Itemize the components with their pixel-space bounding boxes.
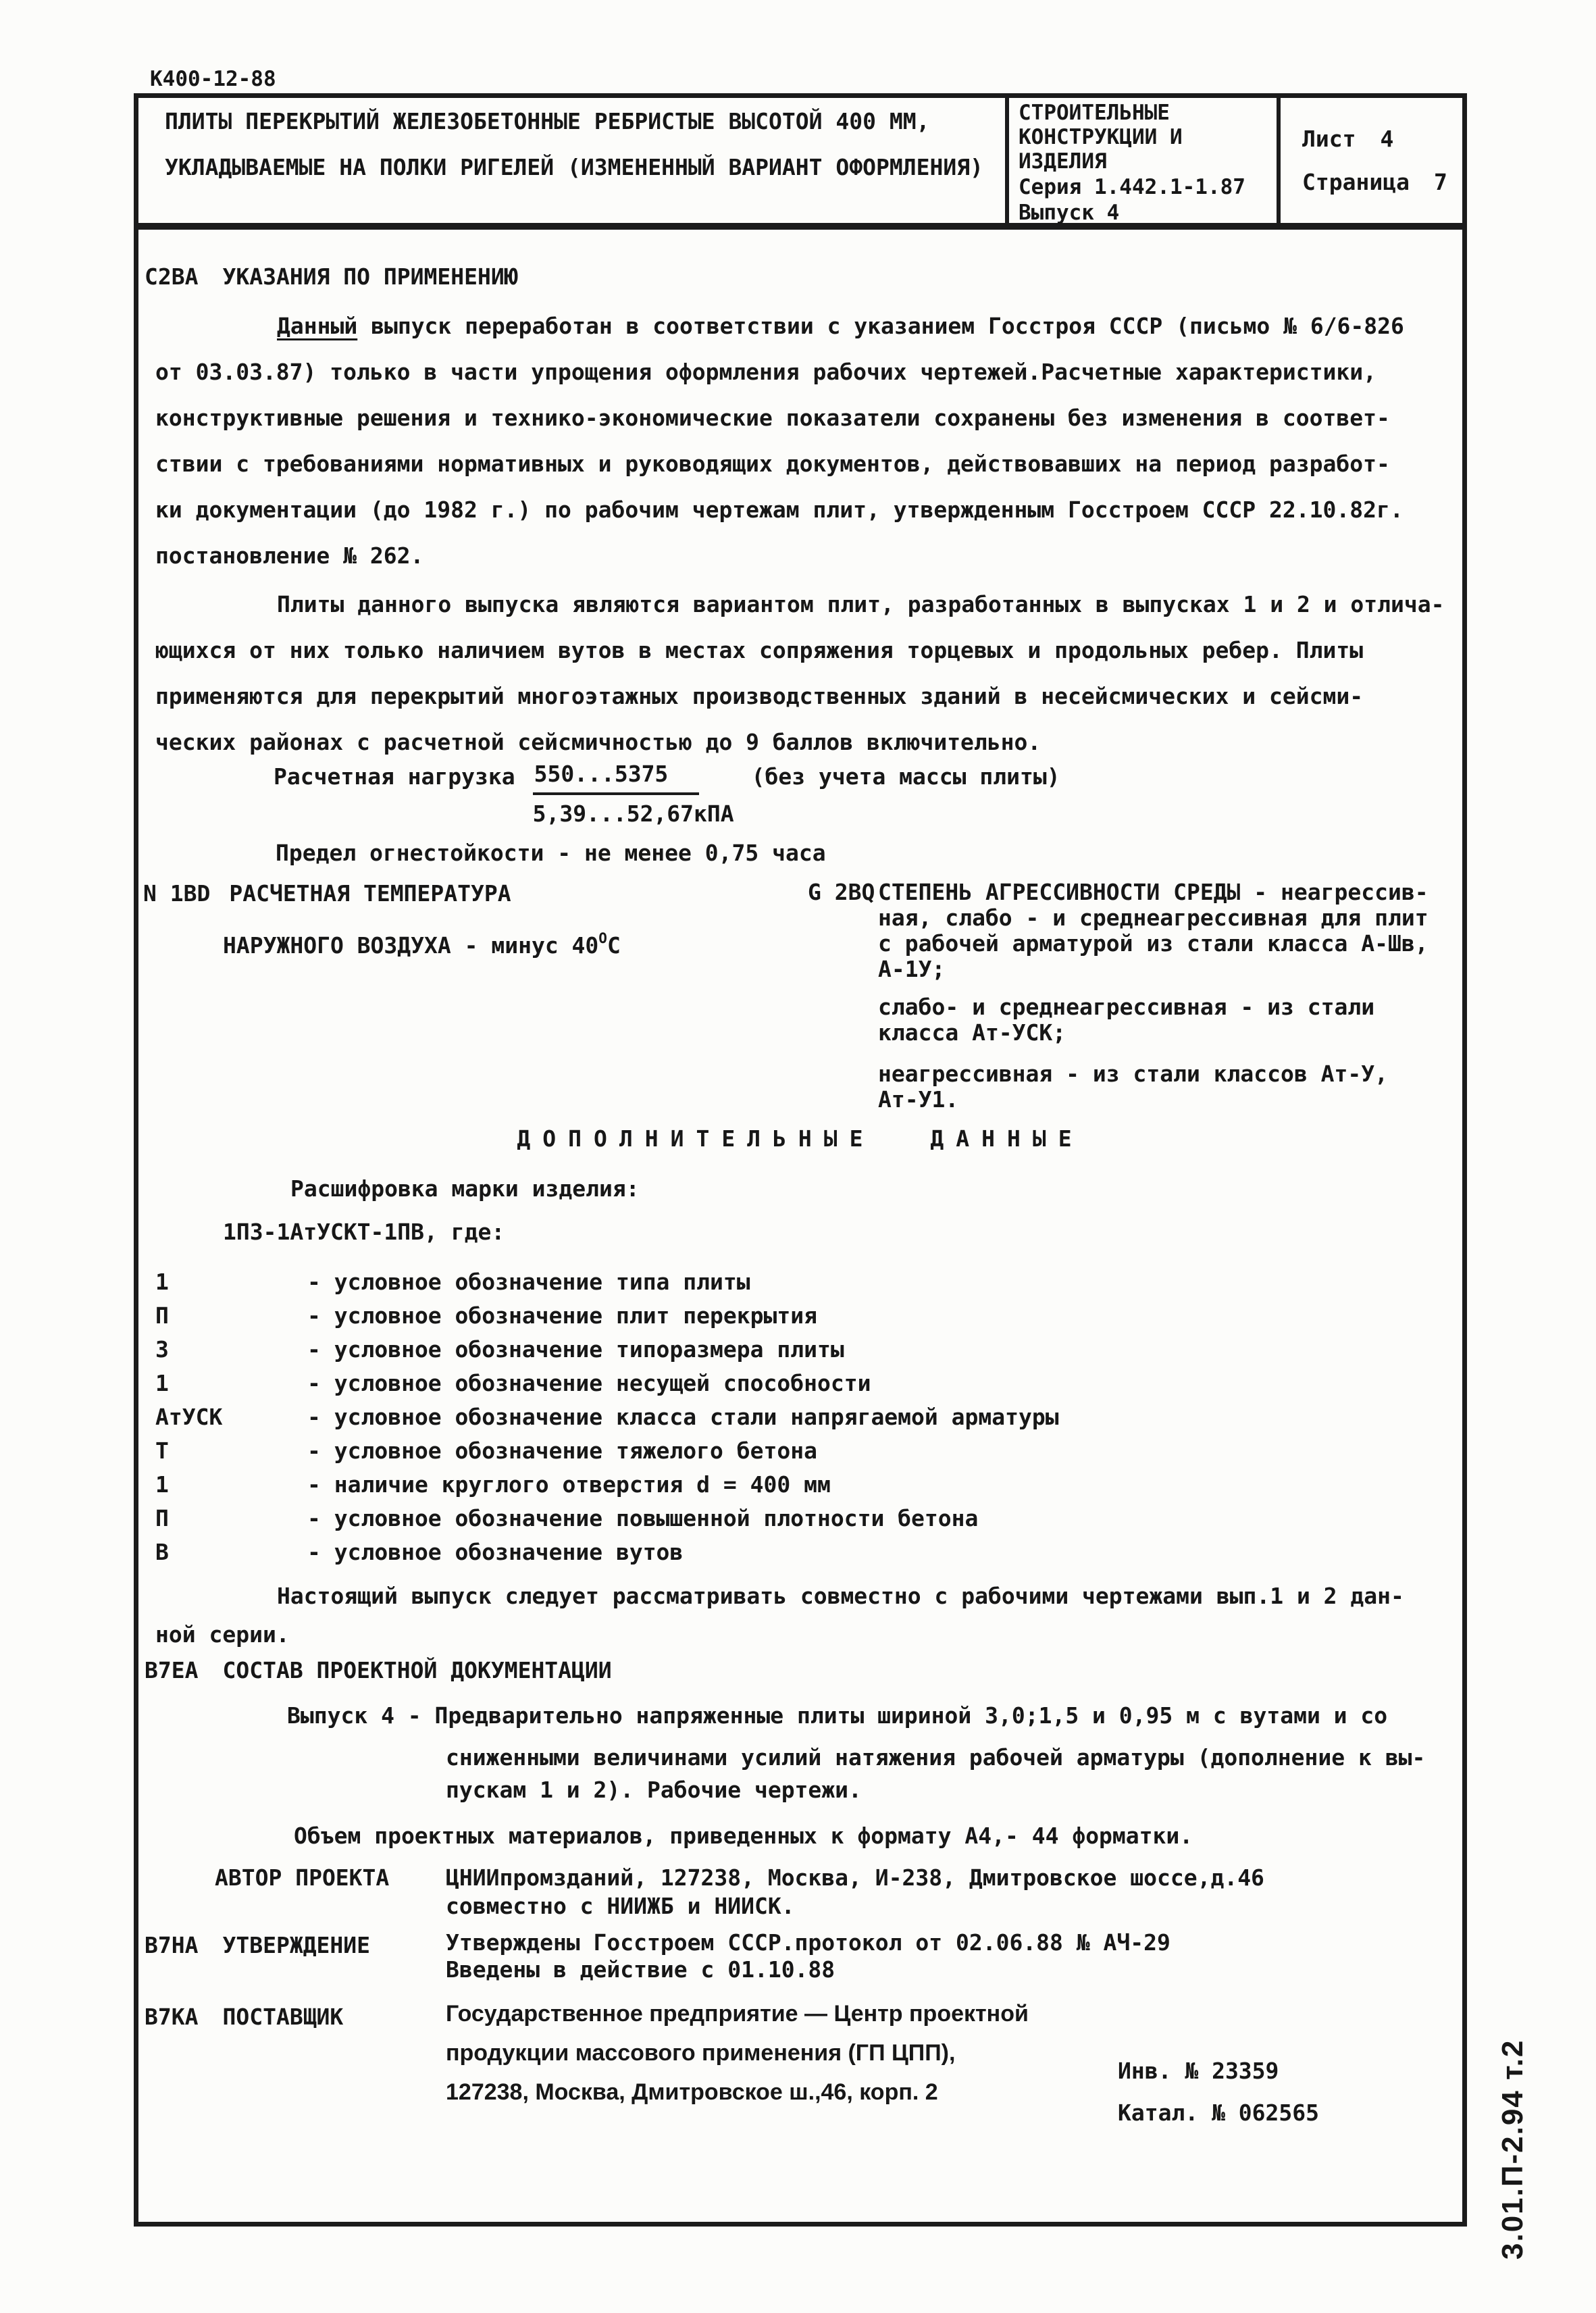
- degree-superscript: О: [598, 930, 607, 946]
- product-mark: 1П3-1АтУСКТ-1ПВ, где:: [223, 1220, 505, 1245]
- mark-item-term: 1: [155, 1473, 307, 1498]
- temperature-row-2: НАРУЖНОГО ВОЗДУХА - минус 40ОС: [223, 931, 621, 959]
- issue-line-3: пускам 1 и 2). Рабочие чертежи.: [446, 1778, 862, 1803]
- usage-para1-line-3: конструктивные решения и технико-экономи…: [155, 406, 1390, 431]
- catalog-number: Катал. № 062565: [1118, 2101, 1319, 2126]
- spine-code: 3.01.П-2.94 т.2: [1496, 2039, 1529, 2260]
- aggressiveness-p3-line-1: неагрессивная - из стали классов Ат-У,: [878, 1062, 1388, 1087]
- supplier-line-1: Государственное предприятие — Центр прое…: [446, 2001, 1029, 2027]
- aggressiveness-p3-line-2: Ат-У1.: [878, 1088, 958, 1113]
- underlined-first-word: Данный: [277, 313, 357, 339]
- design-load-row: Расчетная нагрузка 550...53755,39...52,6…: [274, 762, 1060, 827]
- supplier-label: ПОСТАВЩИК: [222, 2004, 343, 2030]
- usage-para1-line-5: ки документации (до 1982 г.) по рабочим …: [155, 498, 1404, 523]
- mark-item-def: - условное обозначение класса стали напр…: [307, 1404, 1059, 1430]
- aggressiveness-p2-line-2: класса Ат-УСК;: [878, 1021, 1066, 1046]
- doc-code: К400-12-88: [150, 68, 276, 91]
- mark-item-row: 1- условное обозначение несущей способно…: [155, 1371, 871, 1396]
- usage-para1-line-1-rest: выпуск переработан в соответствии с указ…: [357, 313, 1404, 339]
- usage-para2-line-4: ческих районах с расчетной сейсмичностью…: [155, 730, 1041, 755]
- series-line-5: Выпуск 4: [1019, 201, 1119, 225]
- mark-item-term: АтУСК: [155, 1405, 307, 1430]
- supplier-line-3: 127238, Москва, Дмитровское ш.,46, корп.…: [446, 2079, 938, 2105]
- mark-item-row: 3- условное обозначение типоразмера плит…: [155, 1338, 844, 1363]
- issue-line-1: Выпуск 4 - Предварительно напряженные пл…: [287, 1704, 1387, 1729]
- composition-code: В7ЕА: [145, 1657, 198, 1683]
- usage-para1-line-6: постановление № 262.: [155, 544, 423, 569]
- design-load-note: (без учета массы плиты): [752, 765, 1060, 790]
- aggressiveness-p1-line-2: ная, слабо - и среднеагрессивная для пли…: [878, 906, 1428, 931]
- author-line-2: совместно с НИИЖБ и НИИСК.: [446, 1894, 795, 1919]
- series-line-1: СТРОИТЕЛЬНЫЕ: [1019, 101, 1170, 125]
- supplier-line-2: продукции массового применения (ГП ЦПП),: [446, 2040, 955, 2066]
- sheet-number: 4: [1380, 126, 1393, 152]
- decode-intro: Расшифровка марки изделия:: [290, 1177, 640, 1202]
- temperature-line-2: НАРУЖНОГО ВОЗДУХА - минус 40: [223, 932, 598, 959]
- usage-para2-line-3: применяются для перекрытий многоэтажных …: [155, 684, 1363, 709]
- series-line-3: ИЗДЕЛИЯ: [1019, 150, 1107, 174]
- temperature-row-1: N 1BDРАСЧЕТНАЯ ТЕМПЕРАТУРА: [143, 882, 511, 907]
- note-line-2: ной серии.: [155, 1623, 290, 1648]
- mark-item-def: - условное обозначение тяжелого бетона: [307, 1438, 817, 1464]
- mark-item-term: 1: [155, 1270, 307, 1295]
- page-label: Страница: [1302, 169, 1410, 195]
- mark-item-def: - условное обозначение несущей способнос…: [307, 1370, 871, 1396]
- temperature-code: N 1BD: [143, 880, 210, 907]
- issue-line-2: сниженными величинами усилий натяжения р…: [446, 1746, 1425, 1771]
- header-separator-line: [134, 223, 1467, 230]
- aggressiveness-code: G 2BQ: [808, 880, 875, 905]
- page-number: 7: [1434, 169, 1447, 195]
- usage-section-code: С2ВА: [145, 263, 198, 290]
- mark-item-def: - условное обозначение плит перекрытия: [307, 1302, 817, 1329]
- mark-item-row: Т- условное обозначение тяжелого бетона: [155, 1439, 817, 1464]
- usage-para1-line-1: Данный выпуск переработан в соответствии…: [277, 314, 1404, 339]
- usage-para1-line-2: от 03.03.87) только в части упрощения оф…: [155, 360, 1376, 385]
- mark-item-row: П- условное обозначение плит перекрытия: [155, 1304, 817, 1329]
- mark-item-def: - условное обозначение вутов: [307, 1539, 683, 1565]
- usage-para2-line-1: Плиты данного выпуска являются вариантом…: [277, 592, 1445, 617]
- mark-item-row: П- условное обозначение повышенной плотн…: [155, 1506, 978, 1531]
- mark-item-term: 1: [155, 1371, 307, 1396]
- mark-item-row: АтУСК- условное обозначение класса стали…: [155, 1405, 1059, 1430]
- header-title-line-2: УКЛАДЫВАЕМЫЕ НА ПОЛКИ РИГЕЛЕЙ (ИЗМЕНЕННЫ…: [165, 155, 983, 180]
- aggressiveness-p2-line-1: слабо- и среднеагрессивная - из стали: [878, 995, 1374, 1020]
- mark-item-row: 1- наличие круглого отверстия d = 400 мм: [155, 1473, 831, 1498]
- mark-item-term: П: [155, 1506, 307, 1531]
- approval-label-row: В7НАУТВЕРЖДЕНИЕ: [145, 1933, 370, 1958]
- inventory-number: Инв. № 23359: [1118, 2059, 1279, 2084]
- design-load-denominator: 5,39...52,67кПА: [533, 795, 734, 827]
- mark-item-row: В- условное обозначение вутов: [155, 1540, 683, 1565]
- composition-heading-row: В7ЕАСОСТАВ ПРОЕКТНОЙ ДОКУМЕНТАЦИИ: [145, 1658, 612, 1683]
- volume-line: Объем проектных материалов, приведенных …: [294, 1824, 1193, 1849]
- usage-heading-row: С2ВАУКАЗАНИЯ ПО ПРИМЕНЕНИЮ: [145, 265, 518, 290]
- approval-label: УТВЕРЖДЕНИЕ: [222, 1932, 370, 1958]
- header-divider-2: [1277, 98, 1281, 228]
- supplier-code: В7КА: [145, 2004, 198, 2030]
- aggressiveness-p1-line-1: СТЕПЕНЬ АГРЕССИВНОСТИ СРЕДЫ - неагрессив…: [878, 880, 1428, 905]
- mark-item-def: - условное обозначение повышенной плотно…: [307, 1505, 978, 1531]
- usage-para2-line-2: ющихся от них только наличием вутов в ме…: [155, 638, 1363, 663]
- sheet-label: Лист: [1302, 126, 1356, 152]
- mark-item-term: 3: [155, 1338, 307, 1363]
- temperature-unit: С: [607, 932, 621, 959]
- scanned-document-page: К400-12-88 ПЛИТЫ ПЕРЕКРЫТИЙ ЖЕЛЕЗОБЕТОНН…: [0, 0, 1596, 2313]
- mark-item-def: - условное обозначение типа плиты: [307, 1269, 750, 1295]
- approval-line-2: Введены в действие с 01.10.88: [446, 1958, 835, 1983]
- mark-item-term: П: [155, 1304, 307, 1329]
- series-line-4: Серия 1.442.1-1.87: [1019, 176, 1245, 199]
- usage-para1-line-4: ствии с требованиями нормативных и руков…: [155, 452, 1390, 477]
- author-line-1: ЦНИИпромзданий, 127238, Москва, И-238, Д…: [446, 1866, 1264, 1891]
- sheet-row: Лист4: [1302, 127, 1393, 152]
- page-row: Страница7: [1302, 170, 1447, 195]
- aggressiveness-p1-line-3: с рабочей арматурой из стали класса А-Шв…: [878, 932, 1428, 957]
- temperature-line-1: РАСЧЕТНАЯ ТЕМПЕРАТУРА: [229, 880, 511, 907]
- mark-item-term: Т: [155, 1439, 307, 1464]
- design-load-numerator: 550...5375: [533, 762, 700, 795]
- composition-heading: СОСТАВ ПРОЕКТНОЙ ДОКУМЕНТАЦИИ: [222, 1657, 611, 1683]
- aggressiveness-p1-line-4: А-1У;: [878, 957, 945, 982]
- fire-resistance-line: Предел огнестойкости - не менее 0,75 час…: [276, 841, 826, 866]
- mark-item-row: 1- условное обозначение типа плиты: [155, 1270, 750, 1295]
- mark-item-def: - наличие круглого отверстия d = 400 мм: [307, 1471, 831, 1498]
- mark-item-def: - условное обозначение типоразмера плиты: [307, 1336, 844, 1363]
- design-load-fraction: 550...53755,39...52,67кПА: [533, 762, 734, 827]
- approval-line-1: Утверждены Госстроем СССР.протокол от 02…: [446, 1931, 1170, 1956]
- series-line-2: КОНСТРУКЦИИ И: [1019, 126, 1183, 149]
- author-label: АВТОР ПРОЕКТА: [215, 1866, 389, 1891]
- approval-code: В7НА: [145, 1932, 198, 1958]
- mark-item-term: В: [155, 1540, 307, 1565]
- supplier-label-row: В7КАПОСТАВЩИК: [145, 2005, 343, 2030]
- usage-heading: УКАЗАНИЯ ПО ПРИМЕНЕНИЮ: [222, 263, 517, 290]
- header-divider-1: [1005, 98, 1009, 228]
- design-load-label: Расчетная нагрузка: [274, 765, 515, 790]
- note-line-1: Настоящий выпуск следует рассматривать с…: [277, 1584, 1404, 1609]
- additional-data-heading: ДОПОЛНИТЕЛЬНЫЕ ДАННЫЕ: [134, 1127, 1467, 1152]
- header-title-line-1: ПЛИТЫ ПЕРЕКРЫТИЙ ЖЕЛЕЗОБЕТОННЫЕ РЕБРИСТЫ…: [165, 109, 929, 134]
